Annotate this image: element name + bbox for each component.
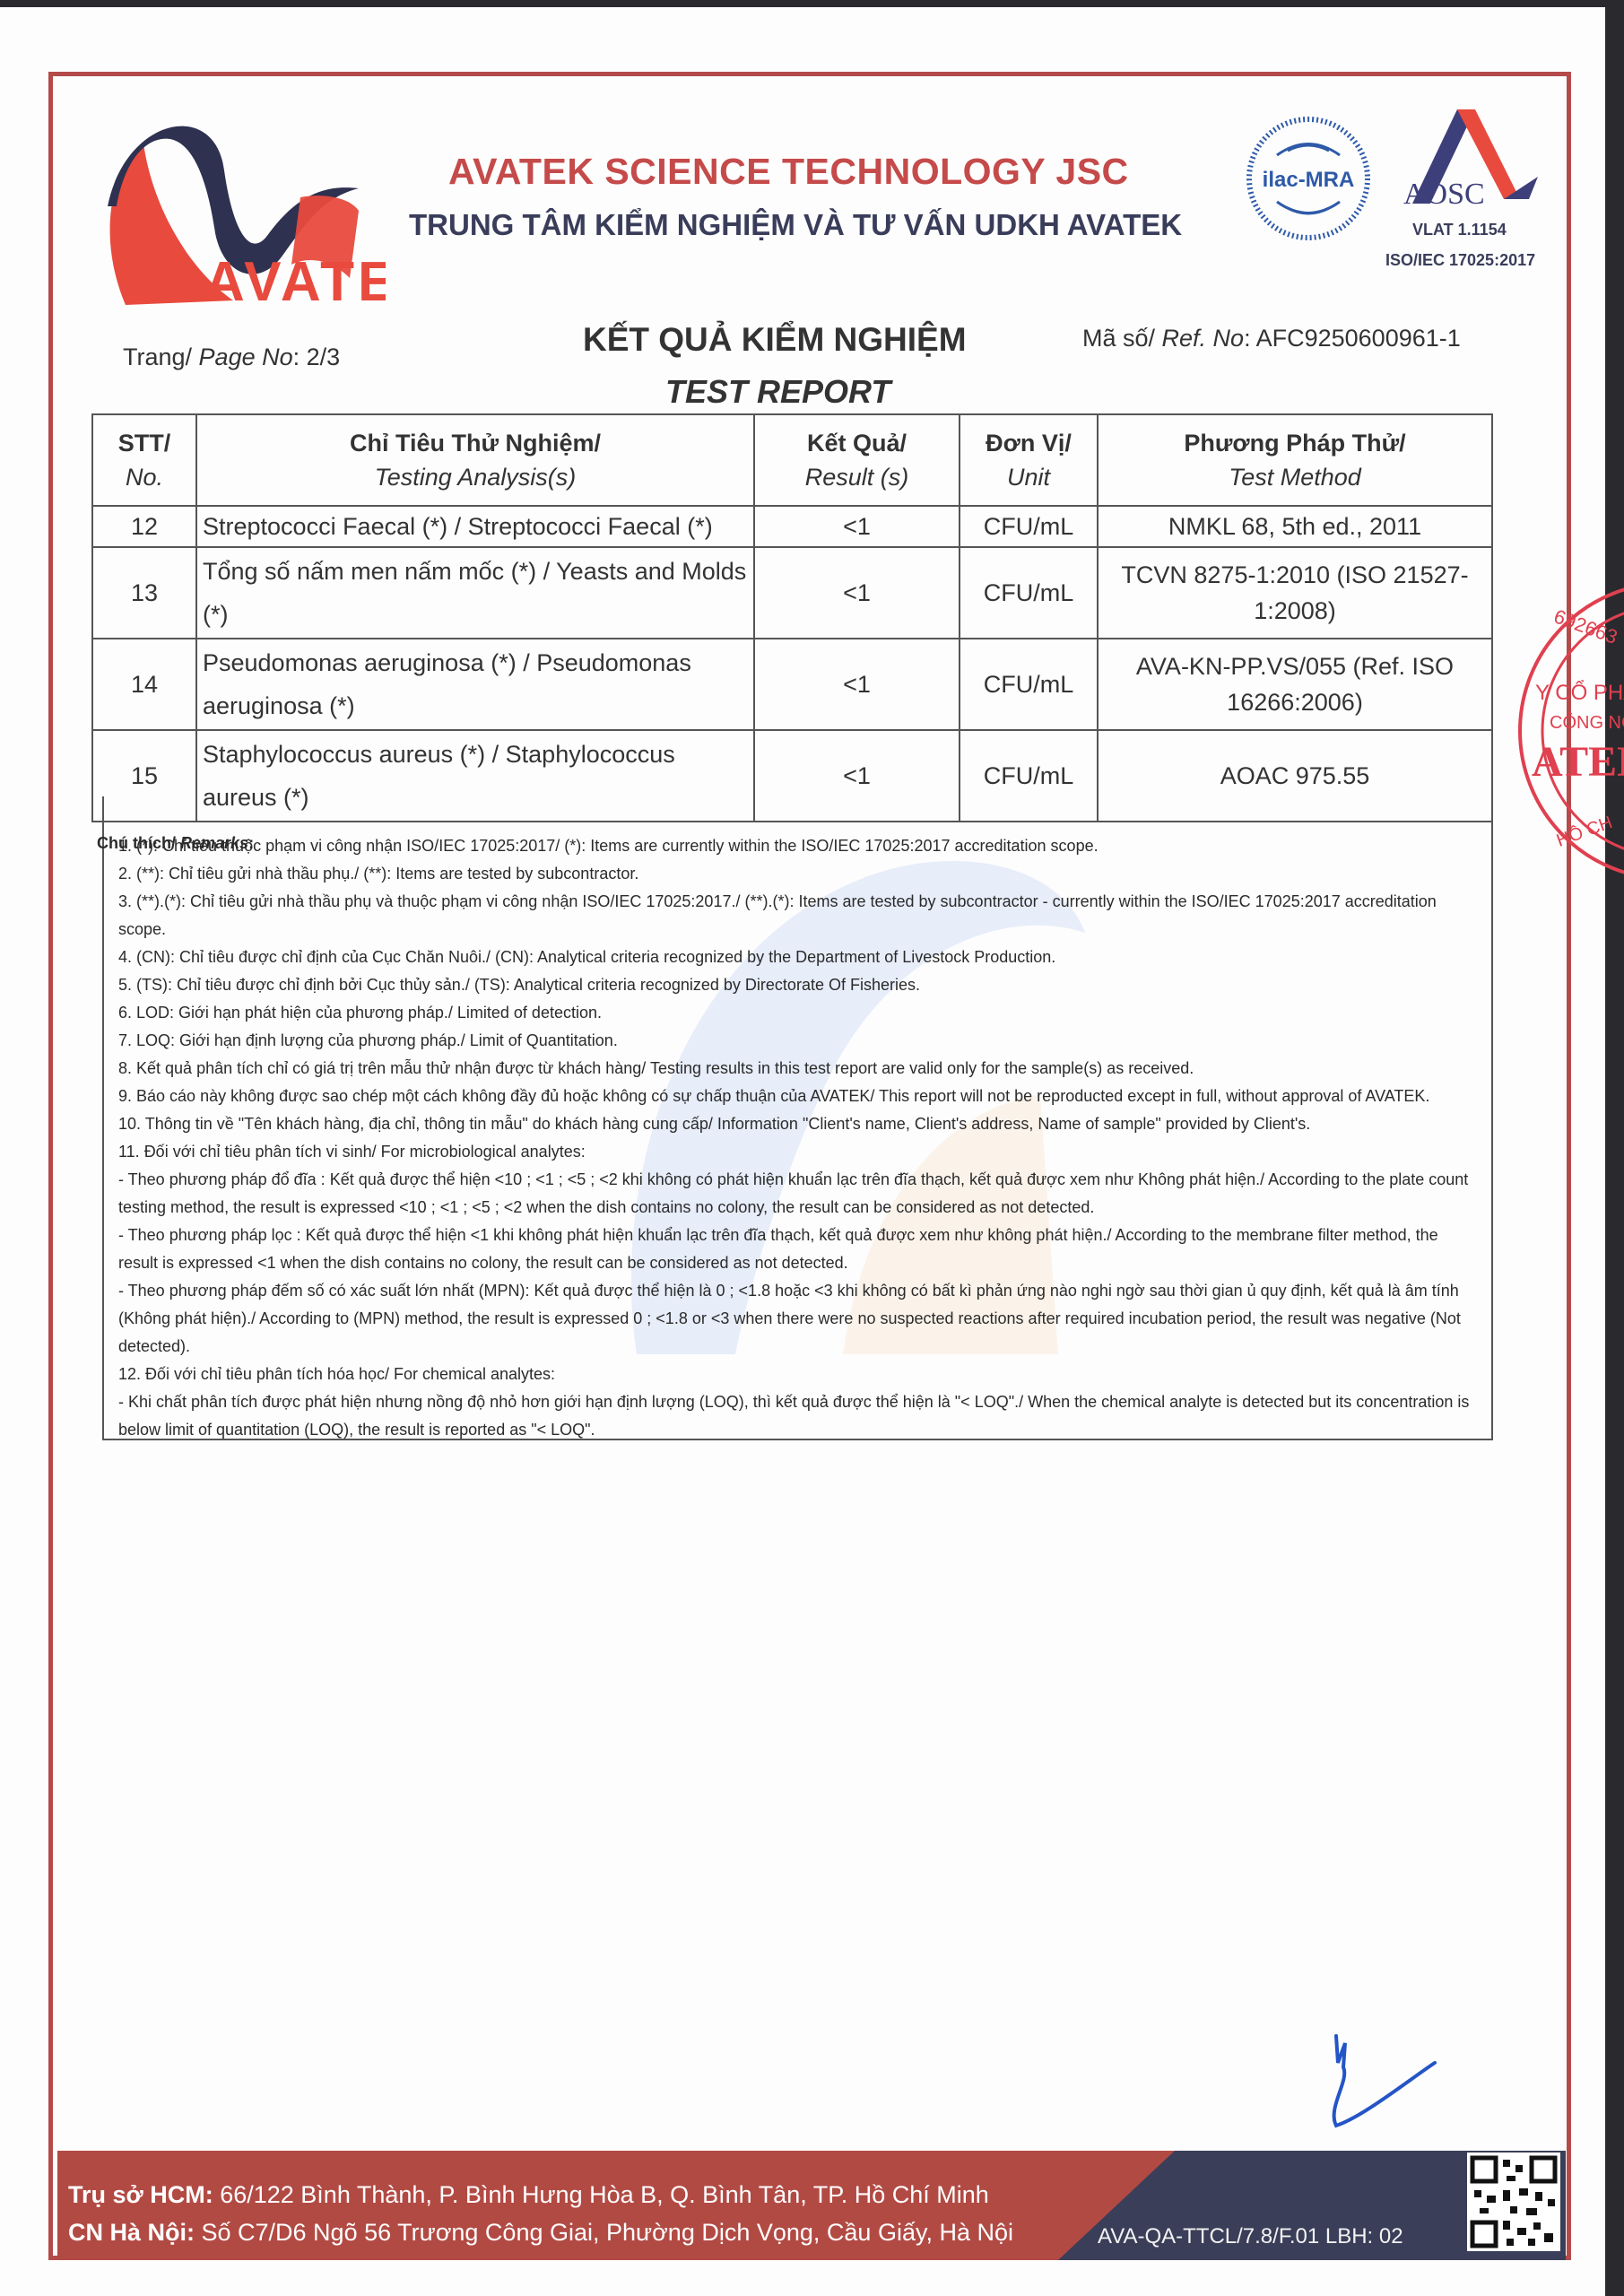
- remark-item: 5. (TS): Chỉ tiêu được chỉ định bởi Cục …: [118, 971, 1481, 999]
- results-table: STT/No. Chỉ Tiêu Thử Nghiệm/Testing Anal…: [91, 413, 1493, 822]
- reference-number: Mã số/ Ref. No: AFC9250600961-1: [1082, 325, 1461, 352]
- avatek-logo-icon: AVATEK: [90, 99, 386, 314]
- remark-item: - Theo phương pháp đếm số có xác suất lớ…: [118, 1277, 1481, 1361]
- table-header-row: STT/No. Chỉ Tiêu Thử Nghiệm/Testing Anal…: [92, 414, 1492, 506]
- form-code: AVA-QA-TTCL/7.8/F.01 LBH: 02: [1098, 2224, 1403, 2249]
- remark-item: 12. Đối với chỉ tiêu phân tích hóa học/ …: [118, 1361, 1481, 1388]
- hanoi-address: CN Hà Nội: Số C7/D6 Ngõ 56 Trương Công G…: [68, 2219, 1013, 2247]
- remark-item: 9. Báo cáo này không được sao chép một c…: [118, 1083, 1481, 1110]
- remark-item: 8. Kết quả phân tích chỉ có giá trị trên…: [118, 1055, 1481, 1083]
- header-analysis: Chỉ Tiêu Thử Nghiệm/Testing Analysis(s): [196, 414, 754, 506]
- remark-item: - Theo phương pháp đổ đĩa : Kết quả được…: [118, 1166, 1481, 1222]
- iso-standard: ISO/IEC 17025:2017: [1385, 251, 1535, 270]
- company-name-vn: TRUNG TÂM KIỂM NGHIỆM VÀ TƯ VẤN UDKH AVA…: [409, 208, 1182, 242]
- header-no: STT/No.: [92, 414, 196, 506]
- svg-text:CÔNG NGH: CÔNG NGH: [1550, 712, 1624, 733]
- remark-item: 7. LOQ: Giới hạn định lượng của phương p…: [118, 1027, 1481, 1055]
- page-number: Trang/ Page No: 2/3: [123, 344, 340, 371]
- report-title-vn: KẾT QUẢ KIỂM NGHIỆM: [583, 321, 967, 359]
- header-result: Kết Quả/Result (s): [754, 414, 960, 506]
- company-stamp-icon: 692663 Y CỔ PHẦ CÔNG NGH ATEK HỒ CH: [1515, 574, 1624, 888]
- remarks-section: 1. (*): Chỉ tiêu thuộc phạm vi công nhận…: [102, 796, 1493, 1440]
- company-name-en: AVATEK SCIENCE TECHNOLOGY JSC: [448, 151, 1129, 193]
- remark-item: 4. (CN): Chỉ tiêu được chỉ định của Cục …: [118, 944, 1481, 971]
- hcm-address: Trụ sở HCM: 66/122 Bình Thành, P. Bình H…: [68, 2181, 989, 2209]
- signature-icon: [1318, 2027, 1444, 2135]
- remark-item: 1. (*): Chỉ tiêu thuộc phạm vi công nhận…: [118, 832, 1481, 860]
- remark-item: 10. Thông tin về "Tên khách hàng, địa ch…: [118, 1110, 1481, 1138]
- remarks-title: Chú thích/ Remarks:: [97, 834, 254, 853]
- ilac-mra-logo-icon: ilac-MRA: [1245, 115, 1372, 242]
- qr-code-icon: [1467, 2152, 1560, 2251]
- remark-item: - Khi chất phân tích được phát hiện nhưn…: [118, 1388, 1481, 1444]
- remark-item: 2. (**): Chỉ tiêu gửi nhà thầu phụ./ (**…: [118, 860, 1481, 888]
- aosc-logo-icon: AOSC: [1394, 109, 1542, 226]
- svg-text:AOSC: AOSC: [1403, 178, 1485, 211]
- svg-text:AVATEK: AVATEK: [204, 251, 386, 313]
- header-method: Phương Pháp Thử/Test Method: [1098, 414, 1492, 506]
- svg-text:HỒ CH: HỒ CH: [1553, 811, 1615, 851]
- svg-text:Y CỔ PHẦ: Y CỔ PHẦ: [1535, 680, 1624, 705]
- vlat-code: VLAT 1.1154: [1412, 221, 1507, 239]
- report-title-en: TEST REPORT: [665, 373, 890, 411]
- table-row: 13 Tổng số nấm men nấm mốc (*) / Yeasts …: [92, 547, 1492, 639]
- table-row: 12 Streptococci Faecal (*) / Streptococc…: [92, 506, 1492, 547]
- table-row: 14 Pseudomonas aeruginosa (*) / Pseudomo…: [92, 639, 1492, 730]
- header-unit: Đơn Vị/Unit: [960, 414, 1098, 506]
- remark-item: 6. LOD: Giới hạn phát hiện của phương ph…: [118, 999, 1481, 1027]
- svg-text:ATEK: ATEK: [1532, 738, 1624, 786]
- remark-item: 3. (**).(*): Chỉ tiêu gửi nhà thầu phụ v…: [118, 888, 1481, 944]
- svg-text:692663: 692663: [1550, 604, 1620, 648]
- remark-item: - Theo phương pháp lọc : Kết quả được th…: [118, 1222, 1481, 1277]
- svg-text:ilac-MRA: ilac-MRA: [1263, 168, 1355, 192]
- remark-item: 11. Đối với chỉ tiêu phân tích vi sinh/ …: [118, 1138, 1481, 1166]
